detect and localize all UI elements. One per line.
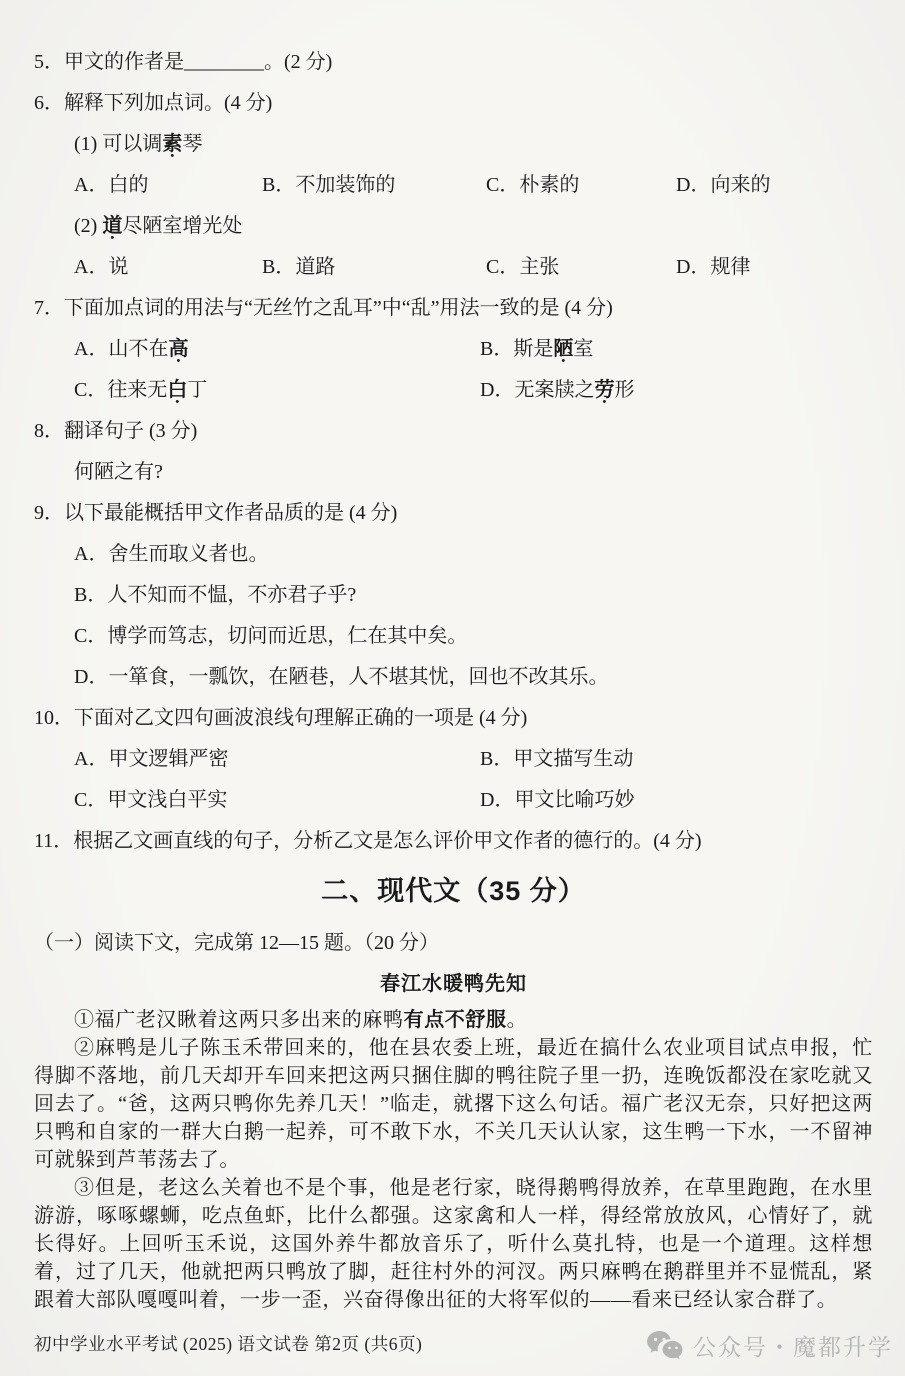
passage-title: 春江水暖鸭先知 (34, 970, 873, 998)
text-run: A．白的 (74, 174, 148, 196)
text-run: 9．以下最能概括甲文作者品质的是 (4 分) (34, 502, 397, 524)
question-line: 9．以下最能概括甲文作者品质的是 (4 分) (34, 499, 873, 527)
option-cell: C．往来无白丁 (74, 376, 480, 404)
text-run: D．规律 (676, 256, 750, 278)
text-run: C．博学而笃志，切问而近思，仁在其中矣。 (74, 625, 467, 647)
option-cell: B．斯是陋室 (480, 335, 873, 363)
text-run: 11．根据乙文画直线的句子，分析乙文是怎么评价甲文作者的德行的。(4 分) (34, 830, 702, 852)
options-row: A．说B．道路C．主张D．规律 (34, 253, 873, 281)
option-cell: B．道路 (262, 253, 486, 281)
question-line: 8．翻译句子 (3 分) (34, 417, 873, 445)
text-run: C．主张 (486, 256, 559, 278)
text-run: A．说 (74, 256, 128, 278)
text-run: B．人不知而不愠，不亦君子乎? (74, 584, 356, 606)
watermark-text: 公众号・魔都升学 (693, 1329, 893, 1362)
option-line: A．舍生而取义者也。 (34, 540, 873, 568)
text-run: A．舍生而取义者也。 (74, 543, 268, 565)
wechat-icon (646, 1330, 684, 1362)
text-run: D．无案牍之 (480, 379, 594, 401)
text-run: B．甲文描写生动 (480, 748, 633, 770)
question-line: 11．根据乙文画直线的句子，分析乙文是怎么评价甲文作者的德行的。(4 分) (34, 827, 873, 855)
text-run: A．甲文逻辑严密 (74, 748, 228, 770)
question-line: 10．下面对乙文四句画波浪线句理解正确的一项是 (4 分) (34, 704, 873, 732)
text-run: ③但是，老这么关着也不是个事，他是老行家，晓得鹅鸭得放养，在草里跑跑，在水里游游… (34, 1177, 873, 1311)
text-run: 何陋之有? (74, 461, 163, 483)
emphasized-char: 道 (102, 215, 122, 237)
text-run: 尽陋室增光处 (122, 215, 242, 237)
text-run: C．往来无 (74, 379, 167, 401)
options-row: A．白的B．不加装饰的C．朴素的D．向来的 (34, 171, 873, 199)
passage-paragraph: ②麻鸭是儿子陈玉禾带回来的，他在县农委上班，最近在搞什么农业项目试点申报，忙得脚… (34, 1034, 873, 1174)
option-cell: D．规律 (676, 253, 873, 281)
text-run: 5．甲文的作者是 (34, 51, 184, 73)
option-cell: A．白的 (74, 171, 262, 199)
question-line: 6．解释下列加点词。(4 分) (34, 89, 873, 117)
options-row: C．甲文浅白平实D．甲文比喻巧妙 (34, 786, 873, 814)
option-cell: C．主张 (486, 253, 676, 281)
option-cell: C．甲文浅白平实 (74, 786, 480, 814)
option-cell: D．向来的 (676, 171, 873, 199)
option-cell: D．甲文比喻巧妙 (480, 786, 873, 814)
option-cell: A．说 (74, 253, 262, 281)
text-run: (1) 可以调 (74, 133, 162, 155)
exam-content: 5．甲文的作者是________。(2 分)6．解释下列加点词。(4 分)(1)… (0, 0, 905, 1314)
text-run: B．不加装饰的 (262, 174, 395, 196)
text-run: 琴 (182, 133, 202, 155)
text-run: C．朴素的 (486, 174, 579, 196)
emphasized-char: 白 (167, 379, 187, 401)
text-run: 丁 (187, 379, 207, 401)
text-run: 。 (507, 1009, 528, 1031)
text-run: D．甲文比喻巧妙 (480, 789, 634, 811)
option-cell: D．无案牍之劳形 (480, 376, 873, 404)
text-run: 。(2 分) (264, 51, 332, 73)
text-run: B．道路 (262, 256, 335, 278)
text-run: 有点不舒服 (404, 1009, 507, 1031)
text-run: 室 (573, 338, 593, 360)
text-run: 7．下面加点词的用法与“无丝竹之乱耳”中“乱”用法一致的是 (4 分) (34, 297, 613, 319)
options-row: A．山不在高B．斯是陋室 (34, 335, 873, 363)
option-line: C．博学而笃志，切问而近思，仁在其中矣。 (34, 622, 873, 650)
text-run: D．向来的 (676, 174, 770, 196)
text-run: 形 (614, 379, 634, 401)
section-heading: 二、现代文（35 分） (34, 871, 873, 911)
sub-item-line: (1) 可以调素琴 (34, 130, 873, 158)
sub-item-line: 何陋之有? (34, 458, 873, 486)
option-cell: B．不加装饰的 (262, 171, 486, 199)
sub-item-line: (2) 道尽陋室增光处 (34, 212, 873, 240)
page-footer: 初中学业水平考试 (2025) 语文试卷 第2页 (共6页) (34, 1331, 422, 1356)
option-line: B．人不知而不愠，不亦君子乎? (34, 581, 873, 609)
passage-paragraph: ③但是，老这么关着也不是个事，他是老行家，晓得鹅鸭得放养，在草里跑跑，在水里游游… (34, 1174, 873, 1314)
text-run: A．山不在 (74, 338, 168, 360)
text-run: 二、现代文（35 分） (321, 876, 586, 906)
text-run: 10．下面对乙文四句画波浪线句理解正确的一项是 (4 分) (34, 707, 527, 729)
text-run: ①福广老汉瞅着这两只多出来的麻鸭 (74, 1009, 404, 1031)
emphasized-char: 陋 (553, 338, 573, 360)
question-line: 5．甲文的作者是________。(2 分) (34, 48, 873, 76)
text-run: ________ (184, 51, 264, 73)
text-run: B．斯是 (480, 338, 553, 360)
watermark: 公众号・魔都升学 (646, 1329, 893, 1362)
text-run: （一）阅读下文，完成第 12—15 题。（20 分） (34, 932, 439, 954)
text-run: D．一箪食，一瓢饮，在陋巷，人不堪其忧，回也不改其乐。 (74, 666, 608, 688)
options-row: C．往来无白丁D．无案牍之劳形 (34, 376, 873, 404)
emphasized-char: 素 (162, 133, 182, 155)
emphasized-char: 高 (168, 338, 188, 360)
text-run: (2) (74, 215, 102, 237)
emphasized-char: 劳 (594, 379, 614, 401)
text-run: 6．解释下列加点词。(4 分) (34, 92, 272, 114)
exam-page: 5．甲文的作者是________。(2 分)6．解释下列加点词。(4 分)(1)… (0, 0, 905, 1376)
question-line: 7．下面加点词的用法与“无丝竹之乱耳”中“乱”用法一致的是 (4 分) (34, 294, 873, 322)
passage-paragraph: ①福广老汉瞅着这两只多出来的麻鸭有点不舒服。 (34, 1006, 873, 1034)
text-run: ②麻鸭是儿子陈玉禾带回来的，他在县农委上班，最近在搞什么农业项目试点申报，忙得脚… (34, 1037, 873, 1171)
text-run: 8．翻译句子 (3 分) (34, 420, 197, 442)
option-cell: C．朴素的 (486, 171, 676, 199)
passage-intro: （一）阅读下文，完成第 12—15 题。（20 分） (34, 929, 873, 957)
option-cell: B．甲文描写生动 (480, 745, 873, 773)
option-line: D．一箪食，一瓢饮，在陋巷，人不堪其忧，回也不改其乐。 (34, 663, 873, 691)
option-cell: A．山不在高 (74, 335, 480, 363)
text-run: C．甲文浅白平实 (74, 789, 227, 811)
option-cell: A．甲文逻辑严密 (74, 745, 480, 773)
options-row: A．甲文逻辑严密B．甲文描写生动 (34, 745, 873, 773)
text-run: 春江水暖鸭先知 (380, 973, 527, 995)
